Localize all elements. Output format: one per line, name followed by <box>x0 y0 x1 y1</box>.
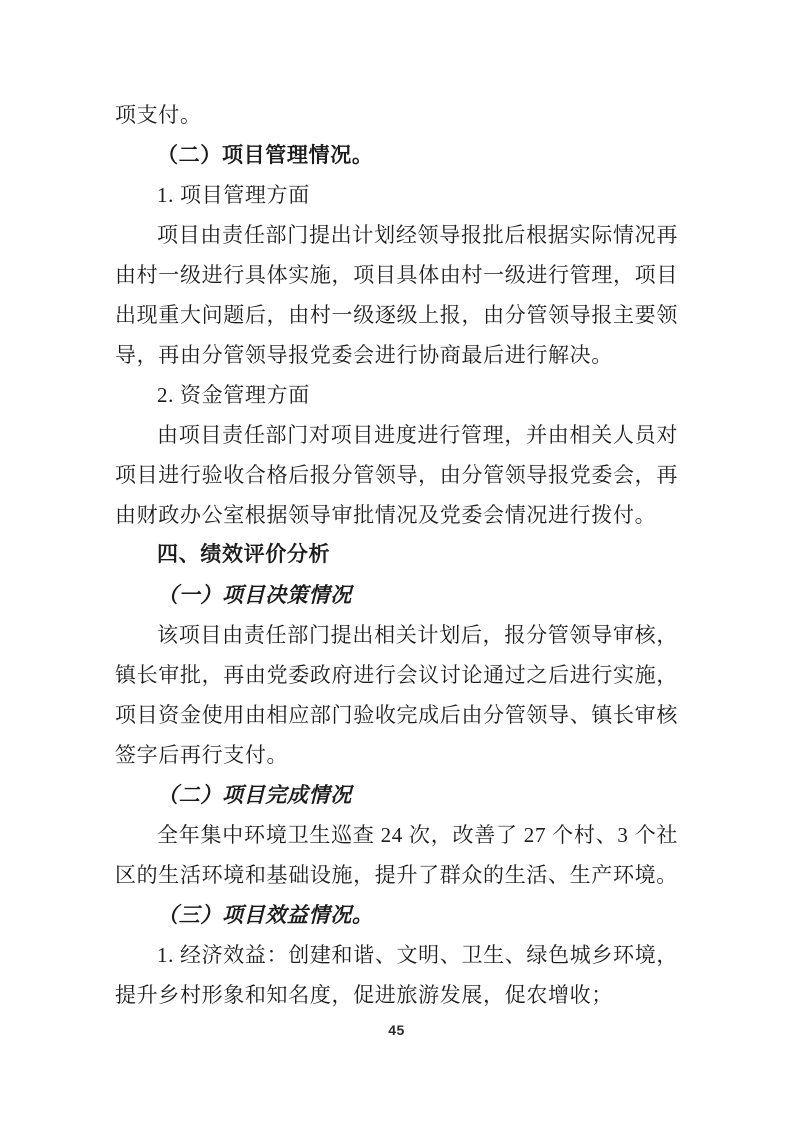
document-body: 项支付。 （二）项目管理情况。 1. 项目管理方面 项目由责任部门提出计划经领导… <box>115 95 678 1015</box>
paragraph-fund-management: 由项目责任部门对项目进度进行管理，并由相关人员对项目进行验收合格后报分管领导，由… <box>115 415 678 535</box>
heading-performance-evaluation: 四、绩效评价分析 <box>115 535 678 575</box>
paragraph-economic-benefit: 1. 经济效益：创建和谐、文明、卫生、绿色城乡环境，提升乡村形象和知名度，促进旅… <box>115 935 678 1015</box>
heading-project-decision: （一）项目决策情况 <box>115 575 678 615</box>
heading-project-completion: （二）项目完成情况 <box>115 775 678 815</box>
list-item-project-management: 1. 项目管理方面 <box>115 175 678 215</box>
paragraph-project-completion: 全年集中环境卫生巡查 24 次，改善了 27 个村、3 个社区的生活环境和基础设… <box>115 815 678 895</box>
document-page: 项支付。 （二）项目管理情况。 1. 项目管理方面 项目由责任部门提出计划经领导… <box>0 0 793 1122</box>
page-number: 45 <box>0 1022 793 1038</box>
heading-project-benefit: （三）项目效益情况。 <box>115 895 678 935</box>
heading-project-management: （二）项目管理情况。 <box>115 135 678 175</box>
paragraph-project-decision: 该项目由责任部门提出相关计划后，报分管领导审核，镇长审批，再由党委政府进行会议讨… <box>115 615 678 775</box>
paragraph-project-management: 项目由责任部门提出计划经领导报批后根据实际情况再由村一级进行具体实施，项目具体由… <box>115 215 678 375</box>
paragraph-continued: 项支付。 <box>115 95 678 135</box>
list-item-fund-management: 2. 资金管理方面 <box>115 375 678 415</box>
